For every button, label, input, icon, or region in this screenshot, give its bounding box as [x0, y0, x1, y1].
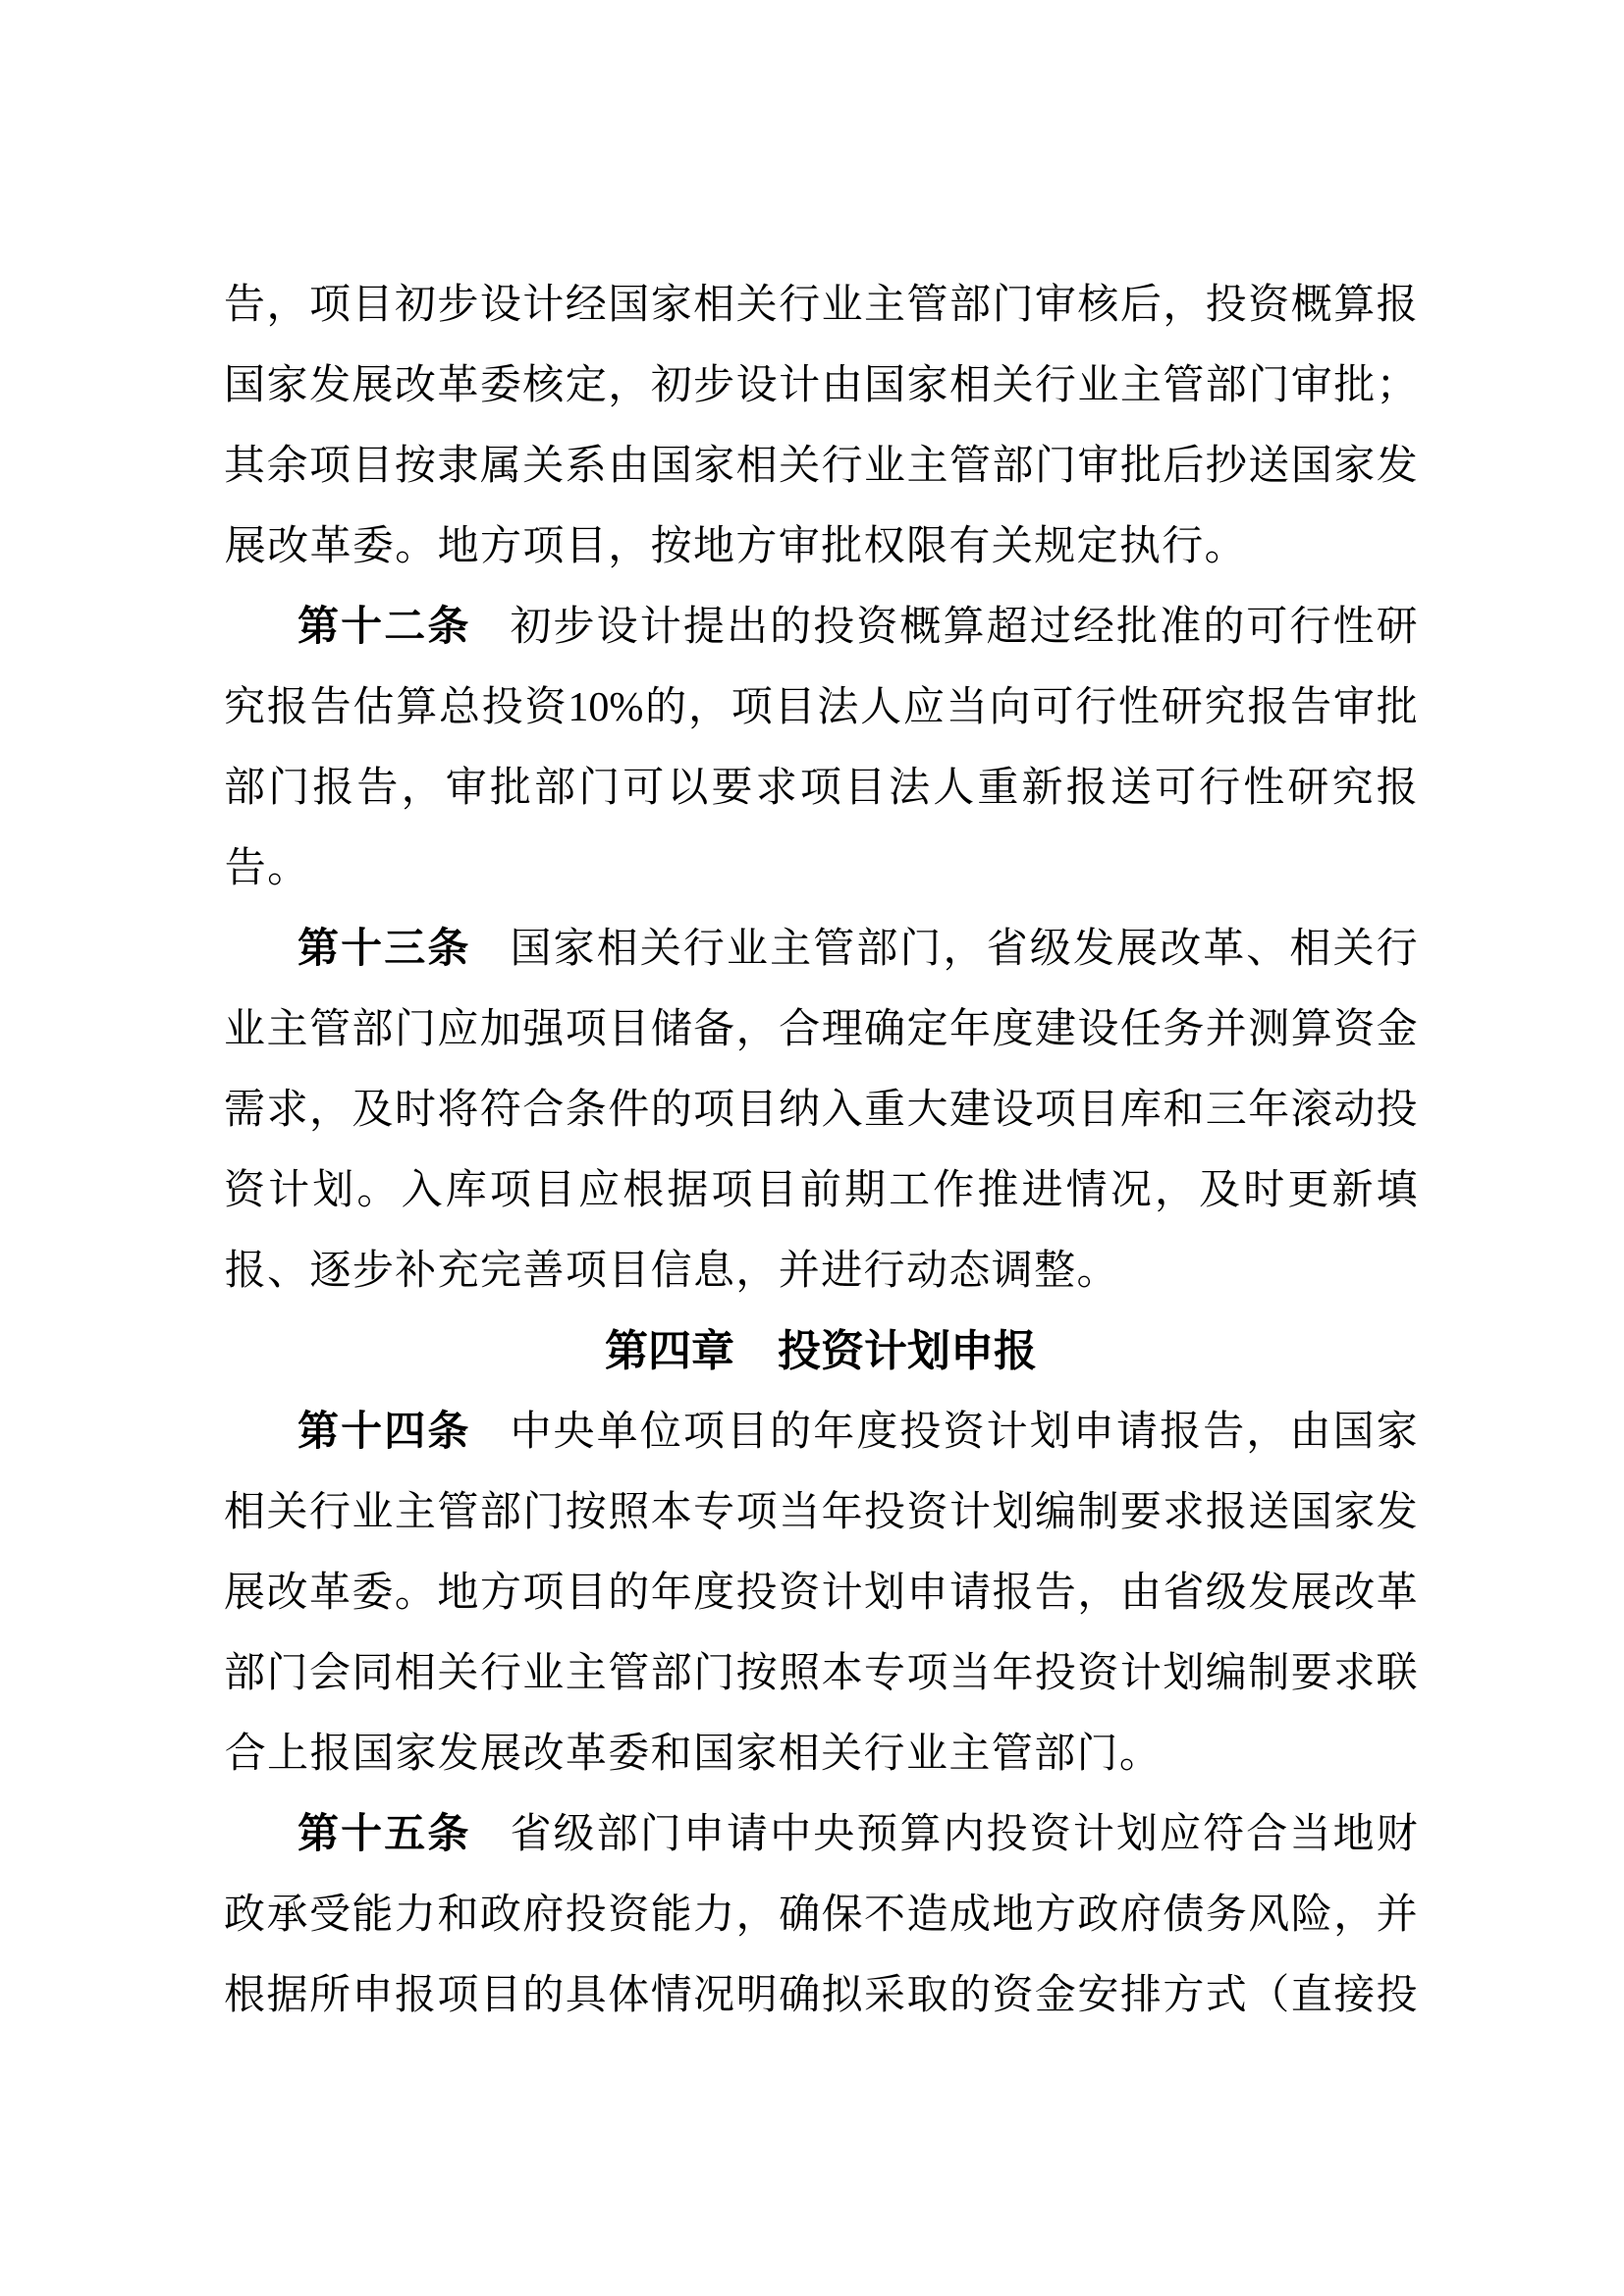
text-line: 第十二条初步设计提出的投资概算超过经批准的可行性研 [224, 587, 1418, 667]
text-line: 部门报告，审批部门可以要求项目法人重新报送可行性研究报 [224, 748, 1418, 828]
body-text: 库 [1120, 1070, 1162, 1150]
body-text: 批 [1120, 426, 1162, 507]
body-text: 家 [395, 1714, 437, 1794]
text-line: 部门会同相关行业主管部门按照本专项当年投资计划编制要求联 [224, 1633, 1418, 1714]
body-text: 风 [1248, 1875, 1289, 1955]
body-text: 部 [480, 1472, 521, 1553]
body-text: 经 [566, 265, 607, 346]
body-text: 险 [1291, 1875, 1332, 1955]
body-text: 业 [905, 1714, 947, 1794]
body-text: 同 [352, 1633, 393, 1714]
body-text: 展 [1291, 1553, 1332, 1633]
body-text: 时 [1243, 1150, 1284, 1231]
text-line: 合上报国家发展改革委和国家相关行业主管部门。 [224, 1714, 1418, 1794]
body-text: 权 [863, 507, 905, 587]
body-text: 度 [856, 1392, 897, 1472]
body-text: ， [1163, 265, 1204, 346]
body-text: 。 [1076, 1231, 1118, 1311]
body-text: 步 [554, 587, 595, 667]
body-text: 研 [1287, 748, 1328, 828]
body-text: 改 [1160, 909, 1201, 989]
body-text: 部 [992, 426, 1033, 507]
body-text: 主 [864, 265, 905, 346]
body-text: 上 [266, 1714, 308, 1794]
body-text: 革 [1203, 909, 1244, 989]
text-line: 报、逐步补充完善项目信息，并进行动态调整。 [224, 1231, 1418, 1311]
body-text: 改 [1333, 1553, 1375, 1633]
body-text: 年 [992, 1633, 1033, 1714]
body-text: 符 [1203, 1794, 1244, 1875]
body-text: 家 [1333, 426, 1375, 507]
body-text: 革 [437, 346, 478, 426]
body-text: 政 [1077, 1875, 1118, 1955]
body-text: 业 [822, 265, 863, 346]
body-text: ， [944, 909, 985, 989]
body-text: 设 [1077, 989, 1118, 1070]
body-text: 本 [822, 1633, 863, 1714]
body-text: 门 [395, 989, 436, 1070]
body-text: 。 [395, 1553, 436, 1633]
body-text: 合 [522, 1070, 564, 1150]
body-text: 填 [1377, 1150, 1418, 1231]
body-text: 可 [1032, 667, 1073, 748]
body-text: 设 [992, 1070, 1033, 1150]
body-text: 地 [1333, 1794, 1375, 1875]
body-text: 项 [1035, 1070, 1076, 1150]
body-text: 入 [822, 1070, 863, 1150]
body-text: 中 [510, 1392, 551, 1472]
body-text: 相 [1289, 909, 1330, 989]
text-line: 告，项目初步设计经国家相关行业主管部门审核后，投资概算报 [224, 265, 1418, 346]
body-text: 的 [770, 1392, 811, 1472]
body-text: 主 [907, 426, 948, 507]
body-text: 人 [933, 748, 974, 828]
body-text: 究 [1205, 667, 1246, 748]
body-text: 制 [1077, 1472, 1118, 1553]
body-text: 相 [736, 426, 778, 507]
body-text: 专 [864, 1633, 905, 1714]
body-text: 国 [692, 1714, 734, 1794]
body-text: 时 [395, 1070, 436, 1150]
body-text: 门 [266, 1633, 307, 1714]
body-text: 算 [899, 1794, 941, 1875]
body-text: 报 [224, 1231, 266, 1311]
body-text: 关 [779, 426, 820, 507]
body-text: 投 [899, 1392, 941, 1472]
body-text: 门 [1035, 426, 1076, 507]
body-text: 展 [352, 346, 393, 426]
body-text: 照 [608, 1472, 649, 1553]
body-text: 入 [402, 1150, 443, 1231]
body-text: 目 [480, 1955, 521, 2036]
body-text: ， [688, 667, 730, 748]
chapter-heading: 第四章 投资计划申报 [224, 1311, 1418, 1392]
body-text: 预 [856, 1794, 897, 1875]
document-page: 告，项目初步设计经国家相关行业主管部门审核后，投资概算报国家发展改革委核定，初步… [0, 0, 1624, 2296]
body-text: 目 [534, 1150, 575, 1231]
body-text: 求 [756, 748, 797, 828]
body-text: 建 [949, 1070, 991, 1150]
body-text: 行 [779, 265, 820, 346]
body-text: 划 [864, 1553, 905, 1633]
body-text: 委 [608, 1714, 650, 1794]
body-text: 行 [683, 909, 725, 989]
body-text: 合 [1246, 1794, 1287, 1875]
body-text: 按 [736, 1633, 778, 1714]
body-text: 资 [608, 1875, 649, 1955]
text-line: 第十三条国家相关行业主管部门，省级发展改革、相关行 [224, 909, 1418, 989]
body-text: ， [402, 748, 443, 828]
body-text: 其 [224, 426, 265, 507]
body-text: 目 [608, 989, 649, 1070]
article-number-text: 第 [298, 1392, 339, 1472]
body-text: 确 [779, 1955, 820, 2036]
body-text: 计 [779, 346, 820, 426]
article-number-text: 第 [298, 909, 339, 989]
body-text: 排 [1120, 1955, 1162, 2036]
body-text: 和 [1163, 1070, 1204, 1150]
body-text: 相 [395, 1633, 436, 1714]
body-text: 家 [1333, 1472, 1375, 1553]
body-text: 计 [949, 1472, 991, 1553]
body-text: 可 [623, 748, 664, 828]
body-text: 项 [522, 507, 565, 587]
body-text: 主 [266, 989, 307, 1070]
body-text: 。 [1118, 1714, 1161, 1794]
article-number-text: 十 [341, 909, 382, 989]
body-text: 信 [650, 1231, 692, 1311]
article-number-text: 条 [427, 909, 468, 989]
article-number-text: 十 [341, 1392, 382, 1472]
body-text: 度 [693, 1553, 734, 1633]
body-text: 行 [1075, 667, 1116, 748]
body-text: 计 [640, 587, 681, 667]
body-text: 国 [864, 346, 905, 426]
body-text: 投 [864, 1472, 905, 1553]
body-text: 委 [352, 507, 394, 587]
body-text: 行 [822, 426, 863, 507]
body-text: 门 [1248, 346, 1289, 426]
body-text: 关 [640, 909, 681, 989]
body-text: 要 [712, 748, 753, 828]
body-text: 部 [1206, 346, 1247, 426]
body-text: 储 [651, 989, 692, 1070]
body-text: 由 [1120, 1553, 1162, 1633]
body-text: 展 [224, 507, 266, 587]
body-text: 委 [480, 346, 521, 426]
body-text: 向 [990, 667, 1031, 748]
body-text: 造 [907, 1875, 948, 1955]
body-text: 研 [1162, 667, 1203, 748]
body-text: 更 [1287, 1150, 1328, 1231]
body-text: 作 [933, 1150, 974, 1231]
body-text: 行 [480, 1633, 521, 1714]
body-text: 照 [779, 1633, 820, 1714]
article-number-text: 三 [384, 909, 425, 989]
body-text: 业 [864, 426, 905, 507]
body-text: 的 [770, 587, 811, 667]
body-text: 需 [224, 1070, 265, 1150]
body-text: 应 [437, 989, 478, 1070]
body-text: 总 [439, 667, 480, 748]
body-text: 资 [907, 1472, 948, 1553]
body-text: 项 [309, 426, 351, 507]
body-text: 确 [779, 1875, 820, 1955]
body-text: 经 [1073, 587, 1114, 667]
body-text: 部 [534, 748, 575, 828]
body-text: 告 [1203, 1392, 1244, 1472]
document-body: 告，项目初步设计经国家相关行业主管部门审核后，投资概算报国家发展改革委核定，初步… [224, 265, 1418, 2036]
body-text: 请 [1116, 1392, 1158, 1472]
body-text: 库 [446, 1150, 487, 1231]
body-text: 概 [1291, 265, 1332, 346]
body-text: 省 [1163, 1553, 1204, 1633]
body-text: 受 [309, 1875, 351, 1955]
body-text: 府 [522, 1875, 564, 1955]
body-text: 报 [395, 1955, 436, 2036]
body-text: 划 [992, 1472, 1033, 1553]
body-text: 投 [1035, 1633, 1076, 1714]
body-text: 央 [554, 1392, 595, 1472]
body-text: 改 [266, 1553, 307, 1633]
body-text: 由 [608, 426, 649, 507]
body-text: 投 [1206, 265, 1247, 346]
body-text: 安 [1077, 1955, 1118, 2036]
body-text: 报 [1160, 1392, 1201, 1472]
body-text: 目 [727, 1392, 768, 1472]
body-text: 根 [623, 1150, 664, 1231]
body-text: 门 [268, 748, 309, 828]
body-text: 年 [822, 1472, 863, 1553]
body-text: ， [608, 346, 649, 426]
body-text: 提 [683, 587, 725, 667]
text-line: 第十四条中央单位项目的年度投资计划申请报告，由国家 [224, 1392, 1418, 1472]
body-text: 调 [991, 1231, 1033, 1311]
body-text: 项 [522, 1553, 564, 1633]
body-text: 目 [566, 1553, 607, 1633]
body-text: 国 [1333, 1392, 1375, 1472]
body-text: 的 [645, 667, 686, 748]
body-text: ， [736, 1875, 778, 1955]
body-text: 部 [651, 1633, 692, 1714]
body-text: 按 [650, 507, 692, 587]
body-text: 国 [608, 265, 649, 346]
body-text: 据 [266, 1955, 307, 2036]
body-text: 资 [1248, 265, 1289, 346]
body-text: 目 [608, 1231, 650, 1311]
body-text: 关 [736, 265, 778, 346]
body-text: 单 [597, 1392, 638, 1472]
body-text: 部 [352, 989, 393, 1070]
body-text: 投 [482, 667, 523, 748]
body-text: 送 [1110, 748, 1152, 828]
body-text: 究 [1332, 748, 1374, 828]
body-text: 方 [479, 507, 521, 587]
body-text: 按 [395, 426, 436, 507]
body-text: 性 [1333, 587, 1375, 667]
body-text: 编 [1035, 1472, 1076, 1553]
body-text: 计 [1073, 1794, 1114, 1875]
body-text: 究 [224, 667, 265, 748]
article-number-text: 第 [298, 587, 339, 667]
body-text: 资 [525, 667, 567, 748]
body-text: 管 [991, 1714, 1033, 1794]
body-text: ， [1077, 1553, 1118, 1633]
body-text: 专 [693, 1472, 734, 1553]
body-text: 推 [977, 1150, 1018, 1231]
body-text: 发 [1248, 1553, 1289, 1633]
body-text: 计 [268, 1150, 309, 1231]
body-text: 强 [522, 989, 564, 1070]
body-text: 业 [522, 1633, 564, 1714]
body-text: 加 [480, 989, 521, 1070]
body-text: 务 [1206, 1875, 1247, 1955]
body-text: 部 [224, 1633, 265, 1714]
body-text: 可 [1155, 748, 1196, 828]
body-text: 行 [863, 1231, 905, 1311]
body-text: 、 [266, 1231, 308, 1311]
body-text: 批 [1377, 667, 1418, 748]
article-number-text: 十 [341, 587, 382, 667]
body-text: 并 [1377, 1875, 1418, 1955]
body-text: 政 [224, 1875, 265, 1955]
body-text: 家 [735, 1714, 778, 1794]
body-text: 家 [266, 346, 307, 426]
body-text: 动 [1333, 1070, 1375, 1150]
body-text: 项 [907, 1633, 948, 1714]
body-text: 行 [309, 1472, 351, 1553]
body-text: ， [1246, 1392, 1287, 1472]
body-text: 研 [1377, 587, 1418, 667]
body-text: 成 [949, 1875, 991, 1955]
body-text: 重 [864, 1070, 905, 1150]
body-text: 初 [651, 346, 692, 426]
body-text: 管 [309, 989, 351, 1070]
body-text: 目 [1077, 1070, 1118, 1150]
body-text: 审 [1077, 426, 1118, 507]
body-text: 行 [1035, 346, 1076, 426]
body-text: 务 [1163, 989, 1204, 1070]
body-text: 报 [309, 1714, 352, 1794]
body-text: 力 [395, 1875, 436, 1955]
body-text: 属 [480, 426, 521, 507]
body-text: 当 [779, 1472, 820, 1553]
body-text: 关 [820, 1714, 862, 1794]
body-text: 申 [1073, 1392, 1114, 1472]
body-text: 请 [949, 1553, 991, 1633]
body-text: 地 [437, 507, 479, 587]
body-text: 过 [1030, 587, 1071, 667]
body-text: 年 [1248, 1070, 1289, 1150]
body-text: 关 [522, 426, 564, 507]
body-text: 主 [395, 1472, 436, 1553]
body-text: 家 [1377, 1392, 1418, 1472]
body-text: 式 [1206, 1955, 1247, 2036]
body-text: 资 [224, 1150, 265, 1231]
body-text: 革 [309, 507, 352, 587]
body-text: 债 [1163, 1875, 1204, 1955]
body-text: ， [1155, 1150, 1196, 1231]
body-text: 目 [844, 748, 886, 828]
body-text: 管 [437, 1472, 478, 1553]
body-text: 将 [437, 1070, 478, 1150]
body-text: 后 [1120, 265, 1162, 346]
body-text: 部 [856, 909, 897, 989]
body-text: 期 [844, 1150, 886, 1231]
body-text: 出 [727, 587, 768, 667]
body-text: 保 [822, 1875, 863, 1955]
body-text: 级 [1030, 909, 1071, 989]
body-text: 报 [1377, 748, 1418, 828]
body-text: 所 [309, 1955, 351, 2036]
body-text: 资 [1030, 1794, 1071, 1875]
body-text: 项 [800, 748, 841, 828]
body-text: 行 [1162, 507, 1204, 587]
body-text: 门 [693, 1633, 734, 1714]
body-text: 投 [736, 1553, 778, 1633]
body-text: 不 [864, 1875, 905, 1955]
body-text: 关 [1333, 909, 1375, 989]
body-text: 革 [1377, 1553, 1418, 1633]
body-text: 展 [479, 1714, 521, 1794]
body-text: 进 [820, 1231, 862, 1311]
body-text: 步 [352, 1231, 394, 1311]
body-text: 主 [566, 1633, 607, 1714]
body-text: 符 [480, 1070, 521, 1150]
body-text: 关 [437, 1633, 478, 1714]
body-text: 充 [437, 1231, 479, 1311]
body-text: 相 [949, 346, 991, 426]
body-text: 。 [356, 1150, 398, 1231]
body-text: 划 [312, 1150, 353, 1231]
text-line: 资计划。入库项目应根据项目前期工作推进情况，及时更新填 [224, 1150, 1418, 1231]
body-text: 告 [224, 828, 266, 909]
body-text: 部 [597, 1794, 638, 1875]
body-text: 项 [437, 1955, 478, 2036]
body-text: 相 [693, 265, 734, 346]
body-text: 关 [266, 1472, 307, 1553]
body-text: 中 [770, 1794, 811, 1875]
body-text: ， [736, 989, 778, 1070]
text-line: 政承受能力和政府投资能力，确保不造成地方政府债务风险，并 [224, 1875, 1418, 1955]
body-text: 改 [395, 346, 436, 426]
body-text: 核 [1077, 265, 1118, 346]
body-text: 报 [312, 748, 353, 828]
body-text: 系 [566, 426, 607, 507]
body-text: 计 [1120, 1633, 1162, 1714]
body-text: 审 [1291, 346, 1332, 426]
body-text: 接 [1333, 1955, 1375, 2036]
body-text: 国 [510, 909, 551, 989]
body-text: 地 [437, 1553, 478, 1633]
body-text: 当 [949, 1633, 991, 1714]
body-text: 审 [446, 748, 487, 828]
body-text: 当 [947, 667, 988, 748]
body-text: 申 [352, 1955, 393, 2036]
body-text: 情 [651, 1955, 692, 2036]
body-text: 初 [510, 587, 551, 667]
body-text: 年 [813, 1392, 854, 1472]
body-text: 步 [693, 346, 734, 426]
body-text: 方 [735, 507, 778, 587]
body-text: 划 [1163, 1633, 1204, 1714]
body-text: 展 [224, 1553, 265, 1633]
body-text: 国 [1291, 1472, 1332, 1553]
body-text: 发 [1377, 1472, 1418, 1553]
body-text: 项 [309, 265, 351, 346]
article-number-text: 条 [427, 587, 468, 667]
body-text: 设 [480, 265, 521, 346]
